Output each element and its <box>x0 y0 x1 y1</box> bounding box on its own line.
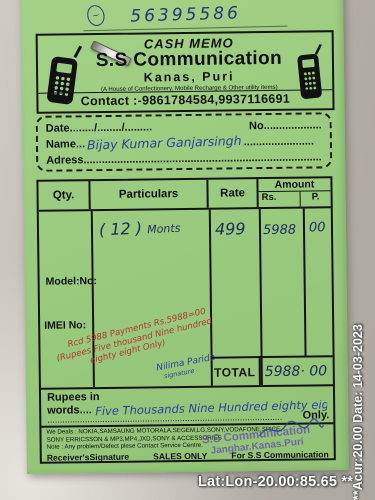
serial-number: 56395586 <box>130 3 241 26</box>
total-row: TOTAL 5988· 00 <box>211 355 333 385</box>
circled-scribble-mark: ~ <box>85 3 107 28</box>
total-label: TOTAL <box>211 358 261 386</box>
shop-name: S.S Communication <box>84 48 294 73</box>
col-header-rs: Rs. <box>259 192 301 208</box>
header-box: CASH MEMO S.S Communication Kanas, Puri … <box>36 30 335 114</box>
model-no-label: Model:No: <box>46 275 97 288</box>
item-amount-p-handwritten: 00 <box>309 220 326 235</box>
date-field-label: Date......../......../......... <box>46 119 153 136</box>
for-shop-label: For S.S Communication <box>231 449 329 460</box>
contact-numbers: Contact :-9861784584,9937116691 <box>38 89 332 112</box>
name-field-trail: ....................... <box>244 133 314 150</box>
item-particulars-handwritten: ( 12 ) Monts <box>99 217 181 240</box>
gps-accuracy-date-overlay: **Acur:20.00 Date: 14-03-2023 <box>351 226 367 500</box>
col-header-p: P. <box>301 191 331 206</box>
seller-signature-handwritten: Nilima Parida signature <box>156 353 218 382</box>
gps-lat-lon-overlay: Lat:Lon-20.00:85.65 ** <box>198 474 353 490</box>
name-field-label: Name... <box>46 136 85 152</box>
item-months-word: Monts <box>147 222 181 237</box>
photo-of-receipt: ~ 56395586 <box>0 0 375 500</box>
col-header-particulars: Particulars <box>90 180 208 209</box>
serial-number-row: ~ 56395586 <box>87 3 241 26</box>
address-field-label: Adress..................................… <box>46 149 322 168</box>
item-qty-months: ( 12 ) <box>99 218 143 239</box>
table-body: ( 12 ) Monts 499 5988 00 Model:No: IMEI … <box>39 208 333 390</box>
footer-section: We Deals : NOKIA,SAMSAUNG MOTORALA,SEGEM… <box>41 424 333 465</box>
sales-only-label: SALES ONLY <box>153 451 207 462</box>
column-divider <box>303 209 307 358</box>
imei-no-label: IMEI No: <box>44 319 86 332</box>
col-header-amount-label: Amount <box>258 178 330 192</box>
col-header-qty: Qty. <box>38 181 90 210</box>
table-header-row: Qty. Particulars Rate Amount Rs. P. <box>38 178 330 212</box>
customer-details-box: Date......../......../......... No......… <box>36 112 333 172</box>
receipt-paper: ~ 56395586 <box>21 0 349 474</box>
no-field-label: No................... <box>249 117 322 134</box>
col-header-amount: Amount Rs. P. <box>258 178 330 207</box>
receiver-signature-label: Receiver'sSignature <box>47 452 129 463</box>
items-table: Qty. Particulars Rate Amount Rs. P. ( 1 <box>36 176 335 464</box>
signature-scribble <box>255 417 325 442</box>
item-rate-handwritten: 499 <box>215 219 246 238</box>
total-amount-handwritten: 5988· 00 <box>261 357 333 385</box>
col-header-rate: Rate <box>208 179 258 208</box>
item-amount-rs-handwritten: 5988 <box>263 223 296 238</box>
